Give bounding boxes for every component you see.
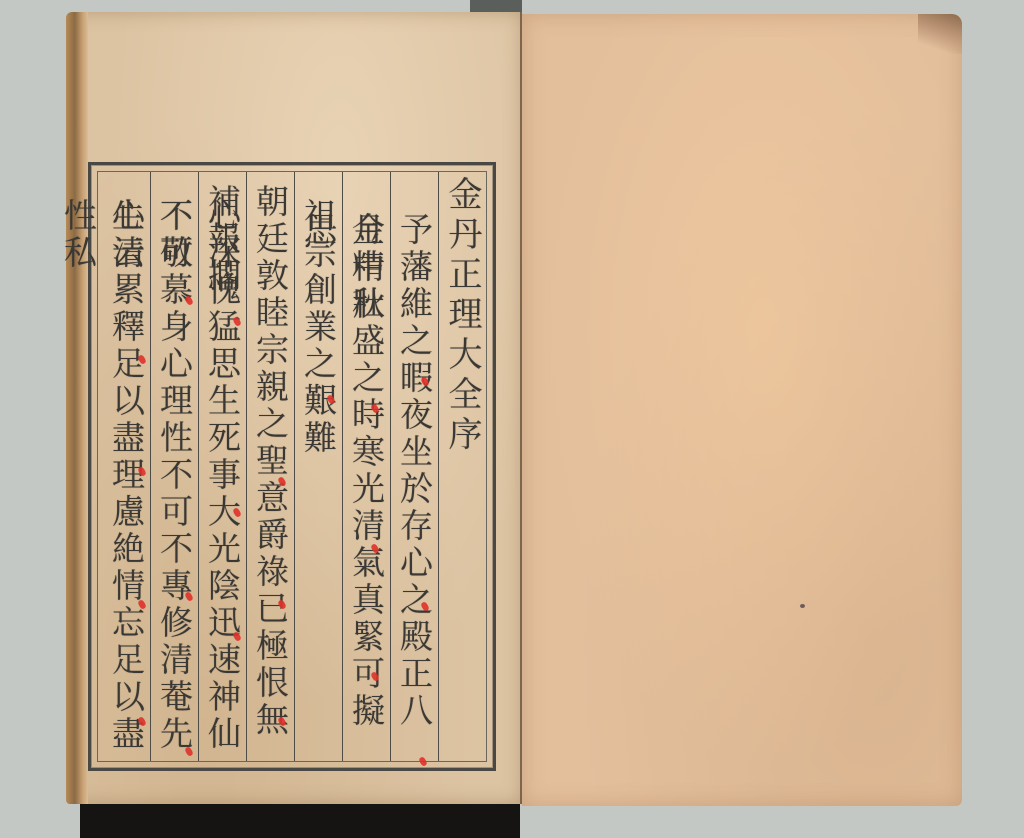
text-column-3: 金精壯盛之時寒光清氣真緊可擬思 bbox=[342, 172, 390, 761]
worn-corner bbox=[918, 14, 962, 54]
text-column-4: 祖宗創業之艱難 bbox=[294, 172, 342, 761]
text-column-2: 予藩維之暇夜坐於存心之殿正八月中秋 bbox=[390, 172, 438, 761]
left-page: 金丹正理大全序 予藩維之暇夜坐於存心之殿正八月中秋 金精壯盛之時寒光清氣真緊可擬… bbox=[66, 12, 522, 804]
background-surface bbox=[522, 805, 1024, 838]
background-shadow bbox=[80, 800, 520, 838]
right-page-blank bbox=[522, 14, 962, 806]
text-column-6: 心深愧猛思生死事大光陰迅速神仙不可 bbox=[198, 172, 246, 761]
book-spine-edge bbox=[66, 12, 88, 804]
preface-title-column: 金丹正理大全序 bbox=[438, 172, 486, 761]
text-frame: 金丹正理大全序 予藩維之暇夜坐於存心之殿正八月中秋 金精壯盛之時寒光清氣真緊可擬… bbox=[88, 162, 496, 771]
text-frame-inner: 金丹正理大全序 予藩維之暇夜坐於存心之殿正八月中秋 金精壯盛之時寒光清氣真緊可擬… bbox=[97, 171, 487, 762]
text-column-7: 不敬慕身心理性不可不專修清菴先生云 bbox=[150, 172, 198, 761]
text-column-5: 朝廷敦睦宗親之聖意爵祿已極恨無補報擱 bbox=[246, 172, 294, 761]
paper-stain bbox=[800, 604, 805, 608]
